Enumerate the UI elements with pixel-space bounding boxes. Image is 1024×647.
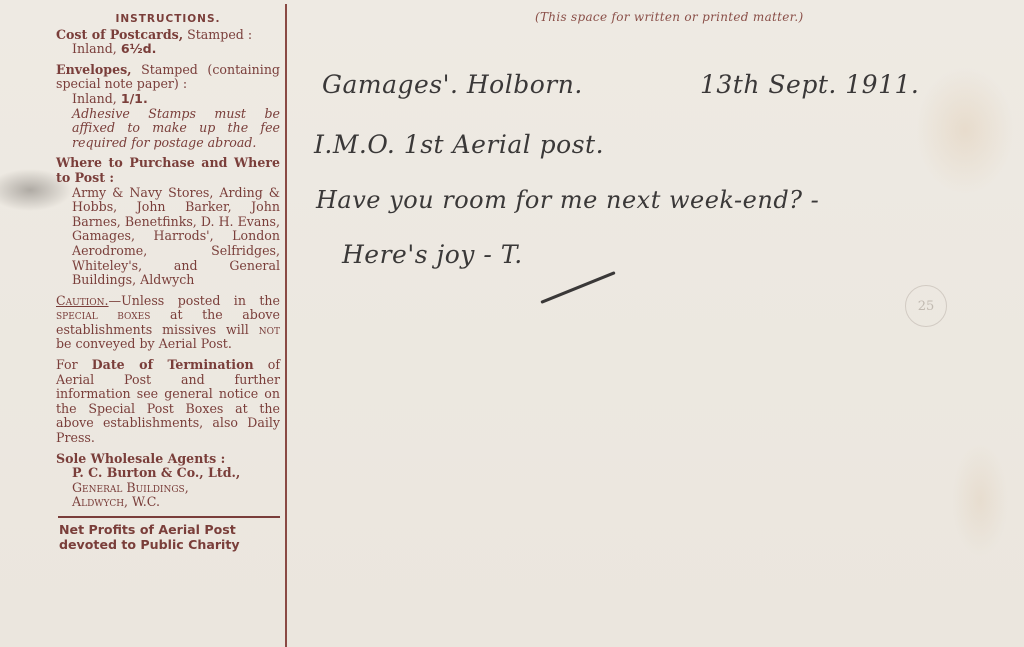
caution-text-1: —Unless posted in the [109, 293, 280, 308]
wholesale-agents: Sole Wholesale Agents : P. C. Burton & C… [56, 452, 280, 510]
pencil-number-mark: 25 [905, 285, 947, 327]
signature-flourish [540, 271, 615, 304]
envelopes-price: 1/1. [121, 91, 148, 106]
termination-label: Date of Termination [92, 357, 254, 372]
envelopes-label: Envelopes, [56, 62, 132, 77]
where-to-purchase: Where to Purchase and Where to Post : Ar… [56, 156, 280, 287]
instructions-panel: INSTRUCTIONS. Cost of Postcards, Stamped… [56, 12, 280, 552]
handwritten-place: Gamages'. Holborn. [322, 70, 583, 99]
cost-price: 6½d. [121, 41, 157, 56]
vertical-divider [285, 4, 287, 647]
caution-special-boxes: special boxes [56, 307, 150, 322]
cost-of-postcards: Cost of Postcards, Stamped : Inland, 6½d… [56, 28, 280, 57]
handwritten-signoff: Here's joy - T. [342, 240, 523, 269]
handwritten-date: 13th Sept. 1911. [700, 70, 919, 99]
where-label: Where to Purchase and Where to Post : [56, 155, 280, 185]
envelopes-inland: Inland, [56, 91, 121, 106]
cost-inland: Inland, [56, 41, 121, 56]
charity-footer: Net Profits of Aerial Post devoted to Pu… [56, 522, 280, 552]
termination-pre: For [56, 357, 92, 372]
footer-divider [58, 516, 280, 518]
agents-label: Sole Wholesale Agents : [56, 451, 225, 466]
caution-not: not [259, 322, 280, 337]
agents-address-1: General Buildings, [56, 481, 280, 496]
caution-label: Caution. [56, 293, 109, 308]
cost-label: Cost of Postcards, [56, 27, 183, 42]
message-space-note: (This space for written or printed matte… [535, 10, 803, 24]
caution-text-3: be conveyed by Aerial Post. [56, 336, 232, 351]
handwritten-line-2: I.M.O. 1st Aerial post. [314, 130, 604, 159]
caution-notice: Caution.—Unless posted in the special bo… [56, 294, 280, 352]
agents-company: P. C. Burton & Co., Ltd., [72, 465, 240, 480]
instructions-title: INSTRUCTIONS. [56, 12, 280, 27]
handwritten-line-3: Have you room for me next week-end? - [316, 186, 819, 214]
adhesive-stamps-note: Adhesive Stamps must be affixed to make … [56, 107, 280, 151]
stores-list: Army & Navy Stores, Arding & Hobbs, John… [56, 186, 280, 288]
envelopes-info: Envelopes, Stamped (containing special n… [56, 63, 280, 151]
termination-notice: For Date of Termination of Aerial Post a… [56, 358, 280, 446]
postcard-back: INSTRUCTIONS. Cost of Postcards, Stamped… [0, 0, 1024, 647]
cost-text: Stamped : [183, 27, 252, 42]
agents-address-2: Aldwych, W.C. [56, 495, 280, 510]
